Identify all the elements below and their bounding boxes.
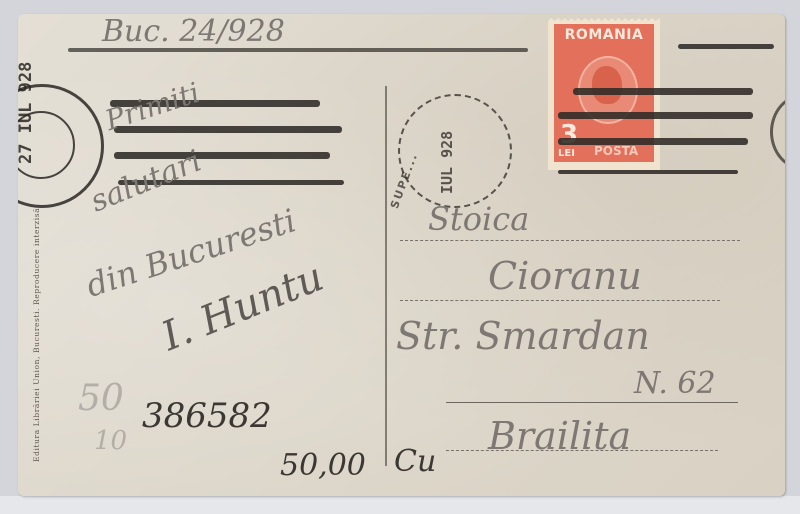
price: 50,00	[280, 448, 366, 483]
address-line	[400, 300, 720, 301]
publisher-imprint: Editura Librăriei Union, Bucuresti. Repr…	[32, 208, 41, 462]
cancellation-bar	[558, 112, 753, 119]
stamp-country: ROMANIA	[554, 27, 654, 43]
address-line	[446, 402, 738, 403]
catalog-number: 386582	[142, 396, 272, 436]
background-strip	[0, 496, 800, 514]
cancellation-bar	[558, 170, 738, 174]
faint-pencil-note: 50	[78, 378, 124, 419]
cancellation-bar	[114, 126, 342, 133]
cancellation-bar	[558, 138, 748, 145]
cancellation-bar	[114, 152, 330, 159]
king-portrait-icon	[592, 66, 622, 104]
faint-pencil-note: 10	[94, 426, 127, 456]
address-recipient-first: Stoica	[428, 200, 529, 238]
ink-mark: Cu	[394, 444, 436, 479]
stamp-currency: LEI	[558, 148, 575, 159]
center-divider	[385, 86, 387, 466]
cancellation-bar	[573, 88, 753, 95]
address-number: N. 62	[634, 366, 716, 401]
address-street: Str. Smardan	[396, 314, 650, 358]
postmark-middle-date: IUL 928	[438, 131, 456, 194]
address-line	[400, 240, 740, 241]
address-recipient-last: Cioranu	[488, 254, 642, 298]
message-header: Buc. 24/928	[102, 14, 285, 49]
postcard-back: Editura Librăriei Union, Bucuresti. Repr…	[18, 14, 785, 496]
cancellation-bar	[678, 44, 774, 49]
stamp-label: POSTA	[594, 144, 638, 158]
address-city: Brailita	[488, 414, 631, 458]
stamp-value: 3	[560, 120, 578, 150]
postmark-right	[770, 94, 785, 170]
postmark-left-date: 27 IUL 928	[18, 62, 36, 164]
